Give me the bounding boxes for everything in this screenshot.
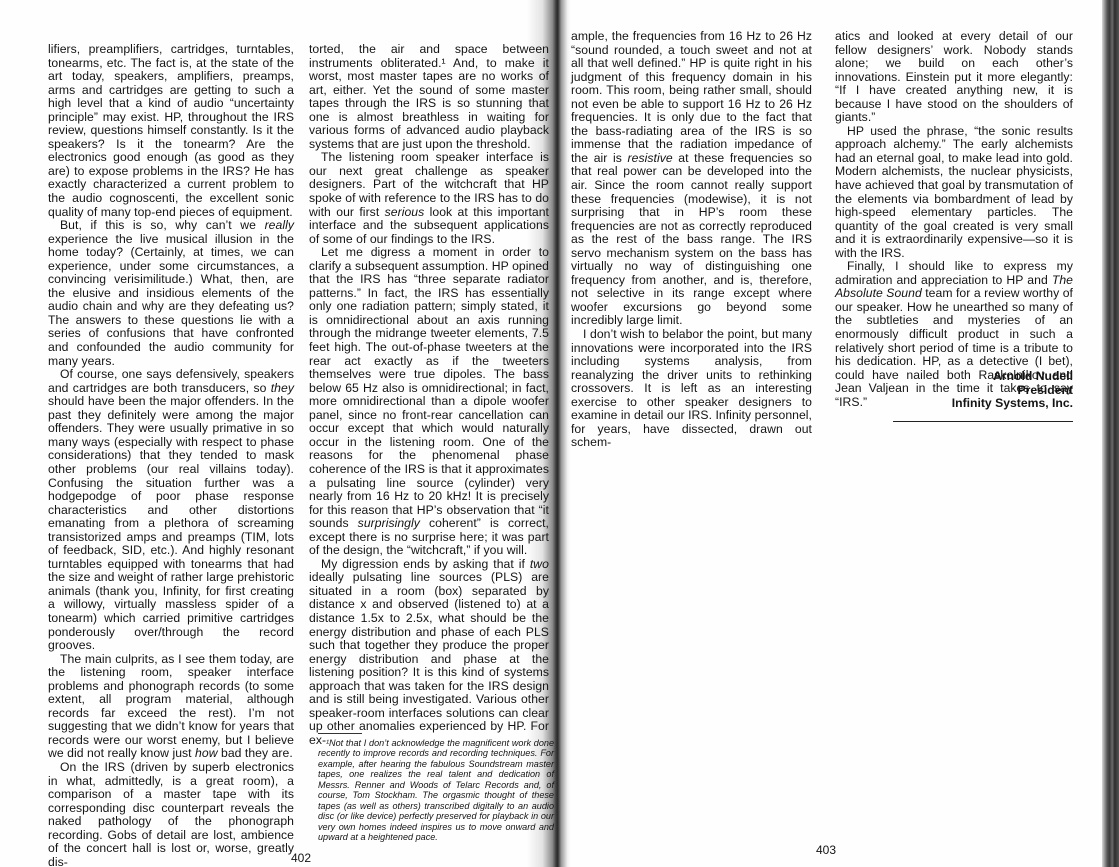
- signature-company: Infinity Systems, Inc.: [835, 397, 1073, 411]
- signature-block: Arnold Nudell President Infinity Systems…: [835, 370, 1073, 411]
- paragraph: torted, the air and space between instru…: [309, 43, 549, 151]
- paragraph: I don’t wish to belabor the point, but m…: [571, 328, 812, 450]
- paragraph: Of course, one says defensively, speaker…: [48, 368, 294, 652]
- column-2: torted, the air and space between instru…: [309, 43, 549, 747]
- column-3: ample, the frequencies from 16 Hz to 26 …: [571, 30, 812, 450]
- paragraph: ample, the frequencies from 16 Hz to 26 …: [571, 30, 812, 328]
- paragraph: On the IRS (driven by superb electronics…: [48, 761, 294, 867]
- paragraph: But, if this is so, why can’t we really …: [48, 219, 294, 368]
- signature-title: President: [835, 384, 1073, 398]
- paragraph: The listening room speaker interface is …: [309, 151, 549, 246]
- column-4: atics and looked at every detail of our …: [835, 30, 1073, 409]
- page-number-left: 402: [291, 851, 311, 865]
- paragraph: lifiers, preamplifiers, cartridges, turn…: [48, 43, 294, 219]
- signature-name: Arnold Nudell: [835, 370, 1073, 384]
- end-rule: [893, 421, 1073, 422]
- paragraph: atics and looked at every detail of our …: [835, 30, 1073, 125]
- paragraph: Let me digress a moment in order to clar…: [309, 246, 549, 558]
- page-edge: [1102, 0, 1119, 867]
- footnote-rule: [318, 733, 362, 734]
- footnote: ¹Not that I don’t acknowledge the magnif…: [318, 738, 554, 843]
- paragraph: The main culprits, as I see them today, …: [48, 653, 294, 761]
- paragraph: My digression ends by asking that if two…: [309, 558, 549, 748]
- paragraph: HP used the phrase, “the sonic results a…: [835, 125, 1073, 260]
- column-1: lifiers, preamplifiers, cartridges, turn…: [48, 43, 294, 867]
- page-number-right: 403: [816, 843, 836, 857]
